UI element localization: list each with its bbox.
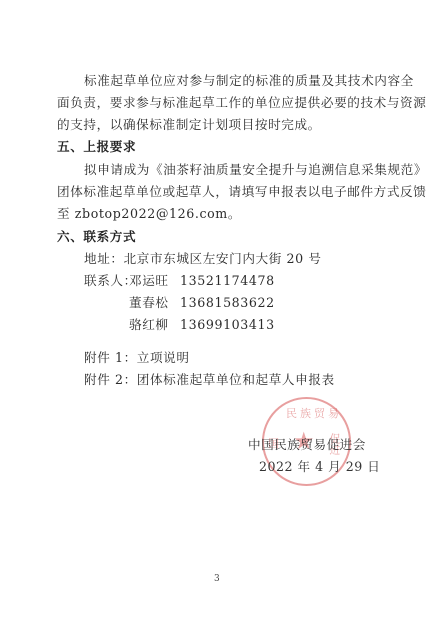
contact-phone: 13521174478 [180,273,275,289]
paragraph-line: 标准起草单位应对参与制定的标准的质量及其技术内容全 [84,73,414,89]
signing-date: 2022 年 4 月 29 日 [259,459,380,475]
paragraph-line: 的支持，以确保标准制定计划项目按时完成。 [57,117,321,133]
attachment-item: 附件 2：团体标准起草单位和起草人申报表 [84,372,335,388]
paragraph-line: 面负责，要求参与标准起草工作的单位应提供必要的技术与资源 [57,95,426,111]
email-line: 至 zbotop2022@126.com。 [57,206,241,222]
paragraph-line: 拟申请成为《油茶籽油质量安全提升与追溯信息采集规范》 [84,162,427,178]
contact-phone: 13681583622 [180,295,275,311]
page-number: 3 [214,574,220,584]
section-heading-contact: 六、联系方式 [57,229,136,245]
document-page: 标准起草单位应对参与制定的标准的质量及其技术内容全 面负责，要求参与标准起草工作… [0,0,438,619]
address-line: 地址：北京市东城区左安门内大街 20 号 [84,251,322,267]
signing-organization: 中国民族贸易促进会 [248,437,366,453]
contact-name: 邓运旺 [129,273,169,289]
contact-phone: 13699103413 [180,317,275,333]
paragraph-line: 团体标准起草单位或起草人，请填写申报表以电子邮件方式反馈 [57,184,426,200]
attachment-item: 附件 1：立项说明 [84,350,190,366]
contact-name: 董春松 [129,295,169,311]
section-heading-submission: 五、上报要求 [57,139,136,155]
contact-name: 骆红柳 [129,317,169,333]
seal-text-top: 民族贸易 [286,405,342,421]
